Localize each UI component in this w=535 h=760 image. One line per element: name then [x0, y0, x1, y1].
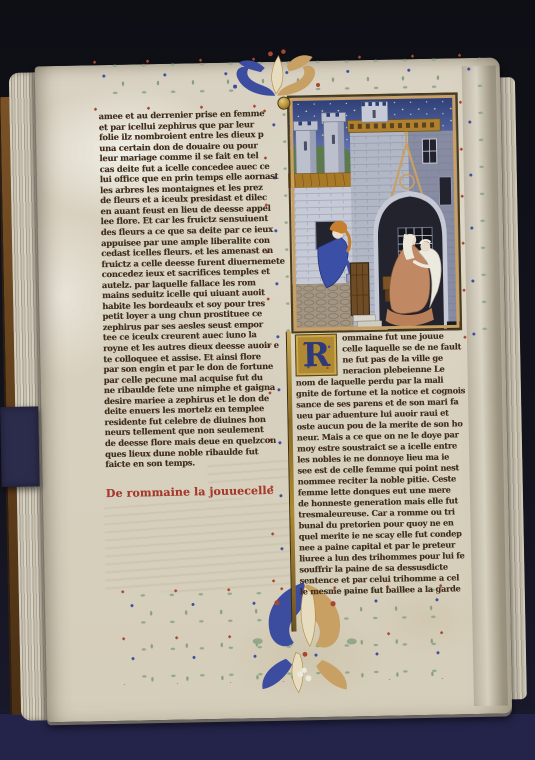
manuscript-photograph: amee et au derrenier prise en femmeet pa… — [0, 0, 535, 760]
miniature-roman-charity — [286, 92, 463, 333]
text-column-right: R ommaine fut une jouuecelle laquelle se… — [295, 330, 470, 597]
open-book: amee et au derrenier prise en femmeet pa… — [0, 0, 535, 760]
miniature-tower-right — [321, 113, 346, 176]
showthrough-text — [104, 498, 294, 594]
bookmark-tab — [0, 406, 40, 487]
illuminated-initial: R — [295, 334, 338, 377]
text-column-left: amee et au derrenier prise en femmeet pa… — [99, 108, 290, 470]
showthrough-text — [207, 458, 291, 486]
miniature-tower-left — [293, 121, 318, 176]
